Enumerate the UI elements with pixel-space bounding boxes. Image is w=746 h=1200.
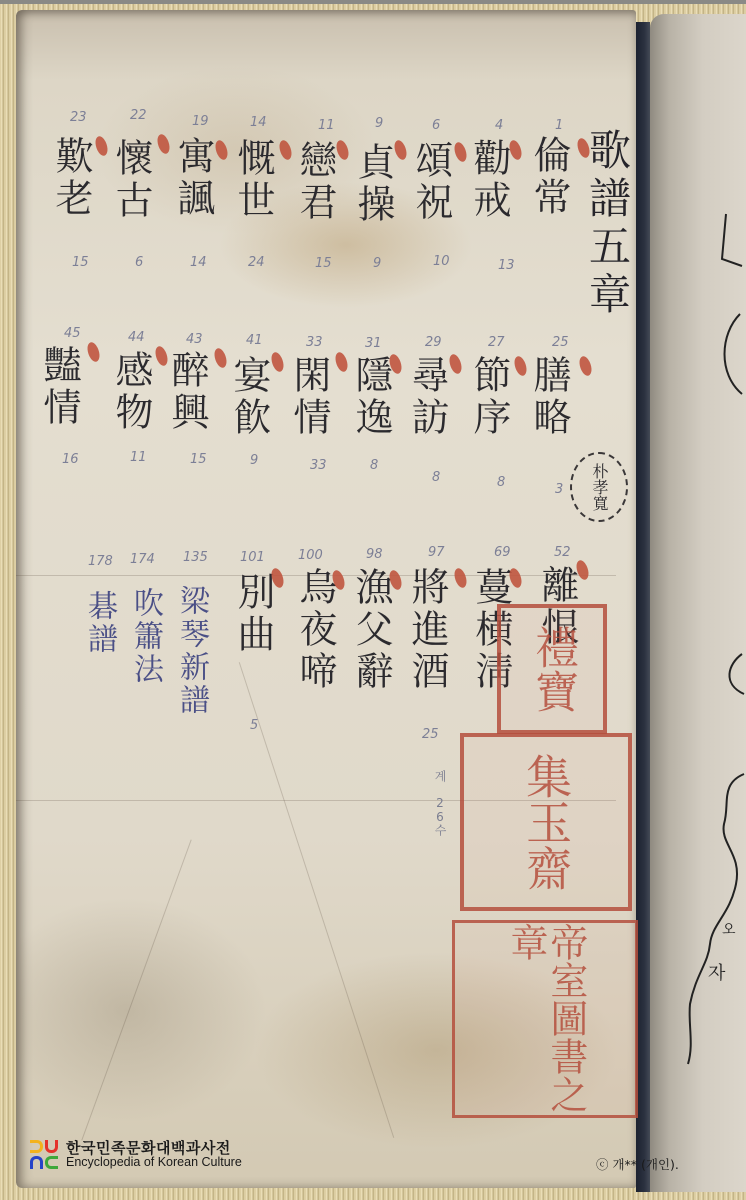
toc-entry: 懷古 bbox=[112, 138, 150, 222]
red-seal-stamp: 集玉齋 bbox=[460, 733, 632, 911]
toc-entry: 將進酒 bbox=[408, 567, 446, 693]
page-number: 33 bbox=[306, 335, 323, 350]
toc-entry: 宴飮 bbox=[230, 355, 268, 439]
page-count: 24 bbox=[248, 255, 265, 270]
toc-entry: 豔情 bbox=[40, 345, 78, 429]
page-count: 10 bbox=[433, 254, 450, 269]
toc-entry: 醉興 bbox=[168, 350, 206, 434]
encyclopedia-logo-icon bbox=[30, 1140, 60, 1170]
page-count: 8 bbox=[432, 470, 440, 485]
page-number: 25 bbox=[552, 335, 569, 350]
toc-entry: 閑情 bbox=[290, 355, 328, 439]
page-number: 98 bbox=[366, 547, 383, 562]
page-count: 13 bbox=[498, 258, 515, 273]
page-number: 52 bbox=[554, 545, 571, 560]
page-number: 135 bbox=[183, 550, 208, 565]
page-number: 97 bbox=[428, 545, 445, 560]
page-count: 15 bbox=[190, 452, 207, 467]
adjacent-page: 오 자 bbox=[650, 14, 746, 1192]
page-number: 31 bbox=[365, 336, 382, 351]
toc-entry: 寓諷 bbox=[174, 136, 212, 220]
page-number: 11 bbox=[318, 118, 335, 133]
page-number: 174 bbox=[130, 552, 155, 567]
page-count: 8 bbox=[497, 475, 505, 490]
svg-text:자: 자 bbox=[708, 962, 726, 984]
page-number: 14 bbox=[250, 115, 267, 130]
toc-entry: 烏夜啼 bbox=[296, 567, 334, 693]
toc-entry-pencil: 梁琴新譜 bbox=[176, 585, 206, 717]
page-number: 43 bbox=[186, 332, 203, 347]
toc-entry: 尋訪 bbox=[408, 355, 446, 439]
pencil-note: 계 26수 bbox=[432, 770, 449, 890]
page-number: 4 bbox=[495, 118, 503, 133]
toc-entry: 隱逸 bbox=[352, 355, 390, 439]
page-number: 19 bbox=[192, 114, 209, 129]
page-number: 45 bbox=[64, 326, 81, 341]
adjacent-page-drawing-icon: 오 자 bbox=[650, 14, 746, 1192]
watermark-english-title: Encyclopedia of Korean Culture bbox=[66, 1156, 242, 1169]
red-seal-stamp: 禮寶 bbox=[497, 604, 607, 734]
page-number: 178 bbox=[88, 554, 113, 569]
watermark-korean-title: 한국민족문화대백과사전 bbox=[66, 1141, 242, 1157]
page-number: 23 bbox=[70, 110, 87, 125]
page-number: 22 bbox=[130, 108, 147, 123]
page-count: 14 bbox=[190, 255, 207, 270]
toc-entry: 慨世 bbox=[234, 138, 272, 222]
page-count: 16 bbox=[62, 452, 79, 467]
page-number: 1 bbox=[555, 118, 563, 133]
top-edge bbox=[0, 0, 746, 4]
toc-entry: 勸戒 bbox=[470, 138, 508, 222]
page-number: 9 bbox=[375, 116, 383, 131]
page-count: 9 bbox=[373, 256, 381, 271]
round-seal-stamp: 朴孝寬 bbox=[570, 452, 628, 522]
book-spine-shadow bbox=[636, 22, 650, 1192]
toc-entry: 戀君 bbox=[296, 140, 334, 224]
page-count: 15 bbox=[72, 255, 89, 270]
toc-entry-pencil: 吹簫法 bbox=[130, 587, 160, 686]
toc-entry-pencil: 碁譜 bbox=[84, 590, 114, 656]
page-number: 69 bbox=[494, 545, 511, 560]
document-title: 歌譜五章 bbox=[586, 128, 628, 320]
toc-entry: 歎老 bbox=[52, 136, 90, 220]
toc-entry: 膳略 bbox=[530, 355, 568, 439]
page-count: 15 bbox=[315, 256, 332, 271]
page-count: 9 bbox=[250, 453, 258, 468]
toc-entry: 漁父辭 bbox=[352, 567, 390, 693]
page-number: 27 bbox=[488, 335, 505, 350]
page-count: 6 bbox=[135, 255, 143, 270]
copyright-notice: ⓒ 개** (개인). bbox=[596, 1155, 679, 1173]
toc-entry: 倫常 bbox=[530, 135, 568, 219]
page-number: 29 bbox=[425, 335, 442, 350]
page-count: 3 bbox=[555, 482, 563, 497]
page-number: 101 bbox=[240, 550, 265, 565]
encyclopedia-watermark: 한국민족문화대백과사전 Encyclopedia of Korean Cultu… bbox=[30, 1140, 242, 1170]
page-crease bbox=[81, 839, 191, 1140]
toc-entry: 貞操 bbox=[354, 142, 392, 226]
red-seal-stamp: 帝室圖書之章 bbox=[452, 920, 638, 1118]
page-count: 25 bbox=[422, 727, 439, 742]
page-count: 11 bbox=[130, 450, 147, 465]
toc-entry: 感物 bbox=[112, 350, 150, 434]
page-number: 100 bbox=[298, 548, 323, 563]
page-count: 8 bbox=[370, 458, 378, 473]
toc-entry: 頌祝 bbox=[412, 140, 450, 224]
page-count: 33 bbox=[310, 458, 327, 473]
svg-text:오: 오 bbox=[722, 922, 736, 938]
page-number: 44 bbox=[128, 330, 145, 345]
toc-entry: 節序 bbox=[470, 355, 508, 439]
page-crease bbox=[239, 662, 394, 1138]
page-count: 5 bbox=[250, 718, 258, 733]
page-number: 6 bbox=[432, 118, 440, 133]
toc-entry: 別曲 bbox=[234, 572, 272, 656]
page-number: 41 bbox=[246, 333, 263, 348]
